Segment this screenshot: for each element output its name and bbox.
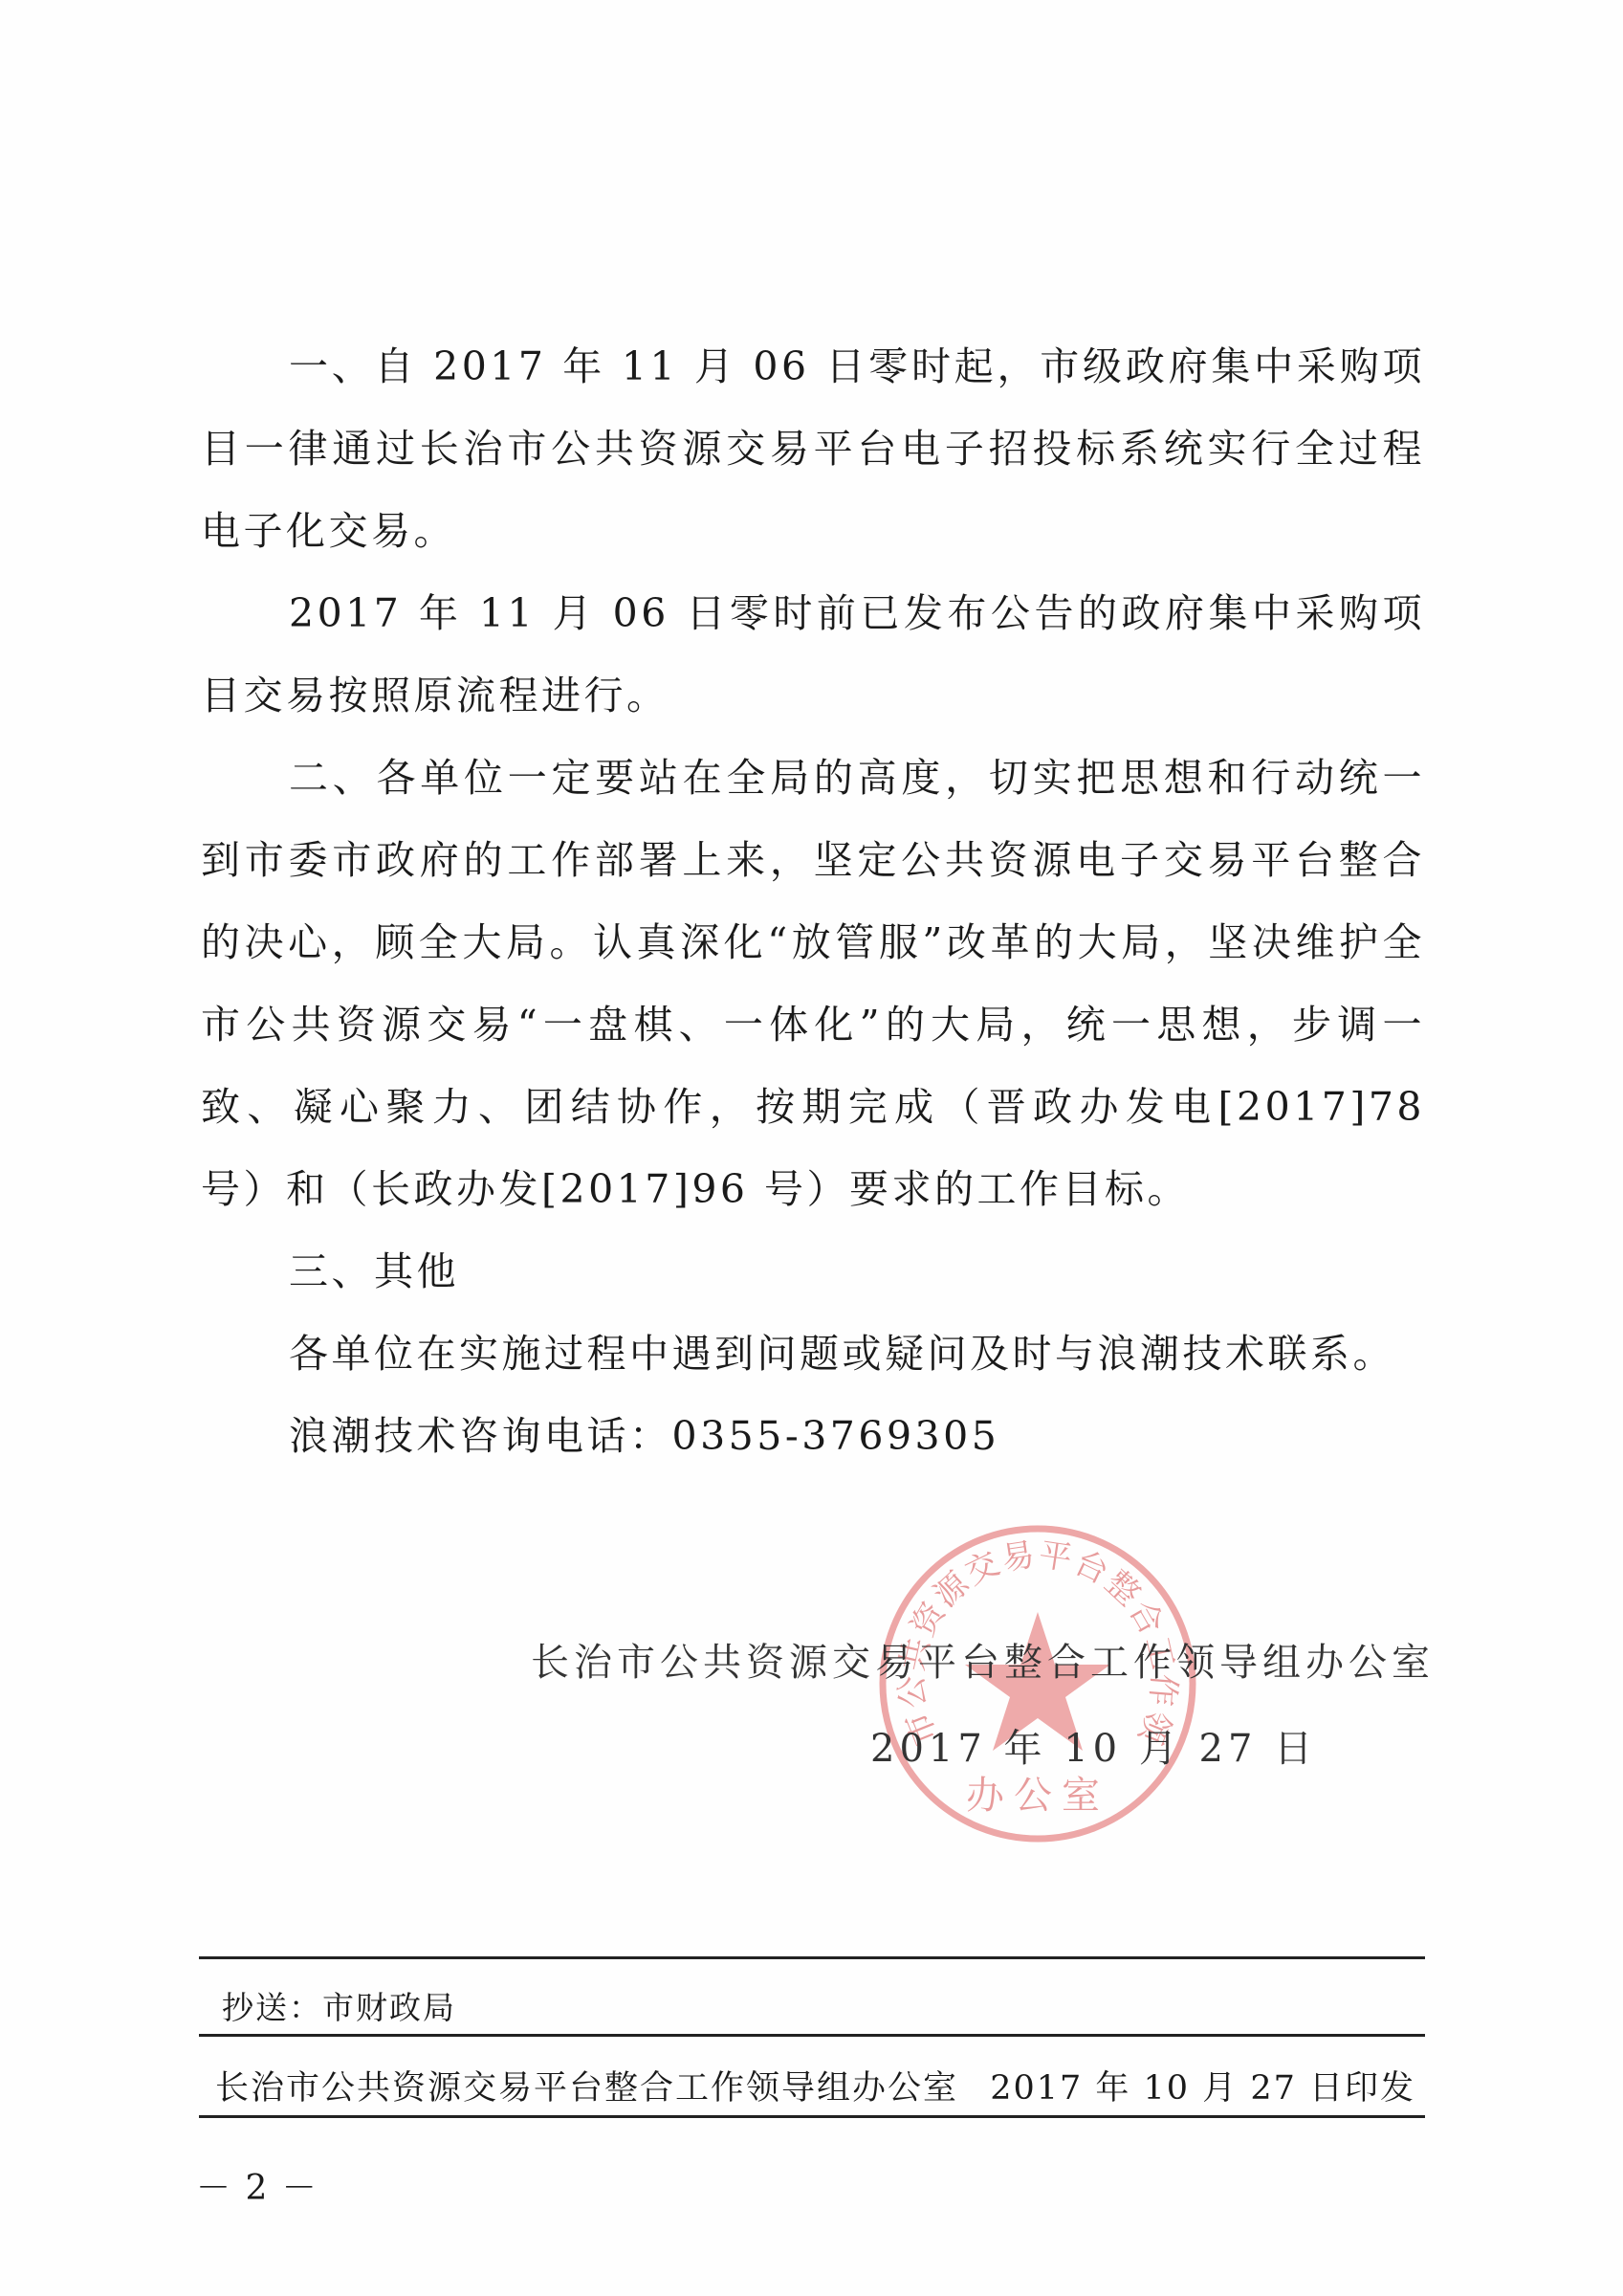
paragraph-prior-announcements: 2017 年 11 月 06 日零时前已发布公告的政府集中采购项目交易按照原流程… (201, 572, 1425, 737)
footer-bottom-rule (199, 2115, 1425, 2118)
heading-section-three: 三、其他 (201, 1230, 1425, 1313)
signature-block: 长治市公共资源交易平台整合工作领导组办公室 2017 年 10 月 27 日 (488, 1622, 1435, 1790)
issuer: 长治市公共资源交易平台整合工作领导组办公室 (215, 2066, 958, 2110)
print-info-line: 长治市公共资源交易平台整合工作领导组办公室 2017 年 10 月 27 日印发 (215, 2066, 1415, 2110)
footer-top-rule (199, 1956, 1425, 1959)
footer-middle-rule (199, 2034, 1425, 2037)
signature-organization: 长治市公共资源交易平台整合工作领导组办公室 (488, 1622, 1435, 1704)
cc-recipient: 市财政局 (322, 1989, 456, 2026)
paragraph-contact-phone: 浪潮技术咨询电话：0355-3769305 (201, 1395, 1425, 1477)
document-page: 一、自 2017 年 11 月 06 日零时起，市级政府集中采购项目一律通过长治… (0, 0, 1623, 2296)
issue-date: 2017 年 10 月 27 日印发 (990, 2066, 1415, 2110)
paragraph-section-two: 二、各单位一定要站在全局的高度，切实把思想和行动统一到市委市政府的工作部署上来，… (201, 737, 1425, 1230)
cc-label: 抄送： (222, 1989, 322, 2026)
cc-line: 抄送：市财政局 (222, 1987, 456, 2029)
page-number: － 2 － (196, 2168, 318, 2210)
document-body: 一、自 2017 年 11 月 06 日零时起，市级政府集中采购项目一律通过长治… (201, 325, 1425, 1477)
signature-date: 2017 年 10 月 27 日 (488, 1708, 1435, 1790)
paragraph-contact-notice: 各单位在实施过程中遇到问题或疑问及时与浪潮技术联系。 (201, 1313, 1425, 1395)
paragraph-section-one: 一、自 2017 年 11 月 06 日零时起，市级政府集中采购项目一律通过长治… (201, 325, 1425, 572)
